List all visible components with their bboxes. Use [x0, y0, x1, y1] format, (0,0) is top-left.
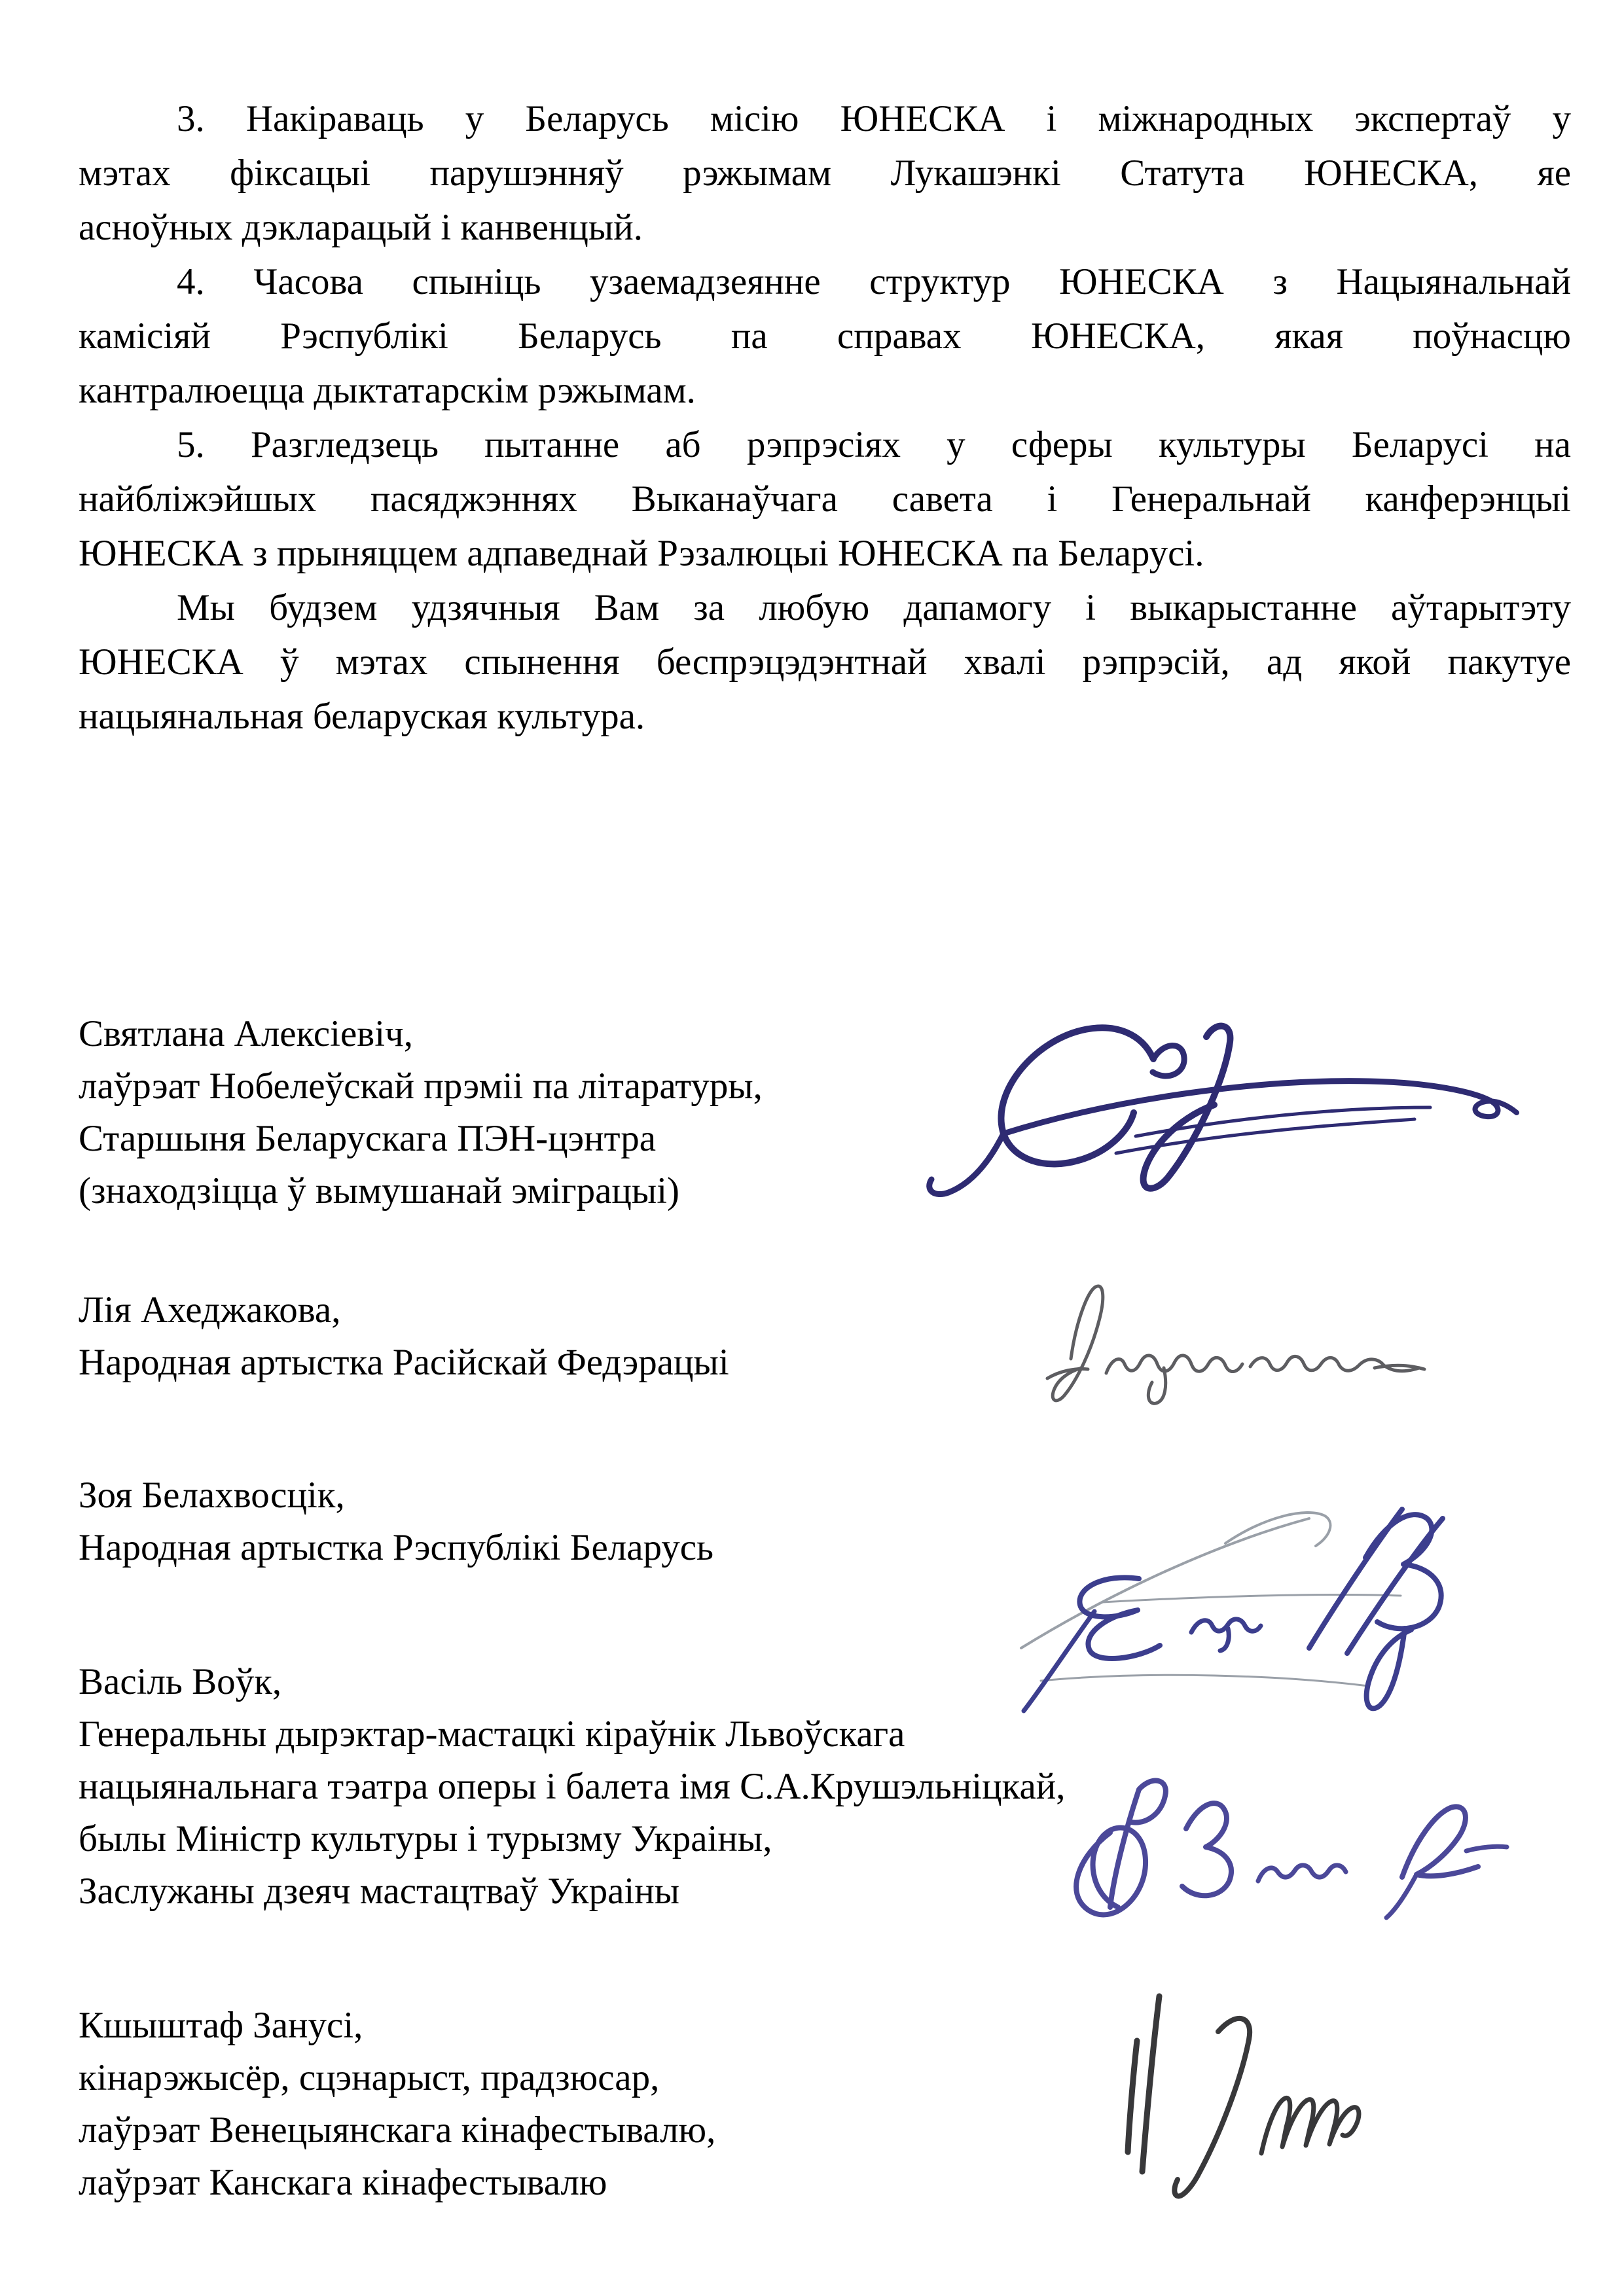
signatory-zanussi-line-3: лаўрэат Венецыянскага кінафестывалю,: [79, 2104, 715, 2157]
signatory-vovk-line-2: Генеральны дырэктар-мастацкі кіраўнік Ль…: [79, 1708, 1066, 1761]
paragraph-3-line-1: 5. Разгледзець пытанне аб рэпрэсіях у сф…: [79, 418, 1571, 472]
paragraph-2-line-1: 4. Часова спыніць узаемадзеянне структур…: [79, 255, 1571, 309]
signatory-vovk-line-1: Васіль Воўк,: [79, 1656, 1066, 1708]
signatory-block-vovk: Васіль Воўк,Генеральны дырэктар-мастацкі…: [79, 1656, 1066, 1918]
signatory-block-belakhvostsik: Зоя Белахвосцік,Народная артыстка Рэспуб…: [79, 1469, 713, 1574]
paragraph-4-line-3: нацыянальная беларуская культура.: [79, 689, 1571, 744]
signatory-zanussi-line-4: лаўрэат Канскага кінафестывалю: [79, 2157, 715, 2209]
signature-zanussi: [1096, 1978, 1378, 2200]
paragraph-1-line-3: асноўных дэкларацый і канвенцый.: [79, 200, 1571, 255]
signatory-zanussi-line-1: Кшыштаф Занусі,: [79, 2000, 715, 2052]
signatory-alexievich-line-4: (знаходзіцца ў вымушанай эміграцыі): [79, 1165, 763, 1217]
paragraph-1-line-1: 3. Накіраваць у Беларусь місію ЮНЕСКА і …: [79, 92, 1571, 146]
paragraph-3-line-3: ЮНЕСКА з прыняццем адпаведнай Рэзалюцыі …: [79, 526, 1571, 581]
signatory-alexievich-line-3: Старшыня Беларускага ПЭН-цэнтра: [79, 1113, 763, 1165]
signatory-vovk-line-5: Заслужаны дзеяч мастацтваў Украіны: [79, 1865, 1066, 1918]
paragraph-1-line-2: мэтах фіксацыі парушэнняў рэжымам Лукашэ…: [79, 146, 1571, 200]
signatory-zanussi-line-2: кінарэжысёр, сцэнарыст, прадзюсар,: [79, 2052, 715, 2104]
document-page: 3. Накіраваць у Беларусь місію ЮНЕСКА і …: [0, 0, 1624, 2296]
signature-akhedzhakova: [1008, 1275, 1427, 1412]
paragraph-2-line-3: кантралюецца дыктатарскім рэжымам.: [79, 363, 1571, 418]
paragraph-4-line-2: ЮНЕСКА ў мэтах спынення беспрэцэдэнтнай …: [79, 635, 1571, 689]
paragraph-3-line-2: найбліжэйшых пасяджэннях Выканаўчага сав…: [79, 472, 1571, 526]
signatory-alexievich-line-1: Святлана Алексіевіч,: [79, 1008, 763, 1060]
signatory-akhedzhakova-line-2: Народная артыстка Расійскай Федэрацыі: [79, 1336, 729, 1389]
signatory-vovk-line-3: нацыянальнага тэатра оперы і балета імя …: [79, 1761, 1066, 1813]
signatory-akhedzhakova-line-1: Лія Ахеджакова,: [79, 1284, 729, 1336]
letter-body: 3. Накіраваць у Беларусь місію ЮНЕСКА і …: [79, 92, 1571, 744]
signatory-alexievich-line-2: лаўрэат Нобелеўскай прэміі па літаратуры…: [79, 1060, 763, 1113]
signatory-block-akhedzhakova: Лія Ахеджакова,Народная артыстка Расійск…: [79, 1284, 729, 1389]
signatory-block-alexievich: Святлана Алексіевіч,лаўрэат Нобелеўскай …: [79, 1008, 763, 1217]
signatory-block-zanussi: Кшыштаф Занусі,кінарэжысёр, сцэнарыст, п…: [79, 2000, 715, 2209]
signatory-belakhvostsik-line-2: Народная артыстка Рэспублікі Беларусь: [79, 1522, 713, 1574]
paragraph-2-line-2: камісіяй Рэспублікі Беларусь па справах …: [79, 309, 1571, 363]
signature-alexievich: [920, 1008, 1535, 1198]
signature-vovk: [1047, 1762, 1519, 1926]
paragraph-4-line-1: Мы будзем удзячныя Вам за любую дапамогу…: [79, 581, 1571, 635]
signatory-belakhvostsik-line-1: Зоя Белахвосцік,: [79, 1469, 713, 1522]
signatory-vovk-line-4: былы Міністр культуры і турызму Украіны,: [79, 1813, 1066, 1865]
